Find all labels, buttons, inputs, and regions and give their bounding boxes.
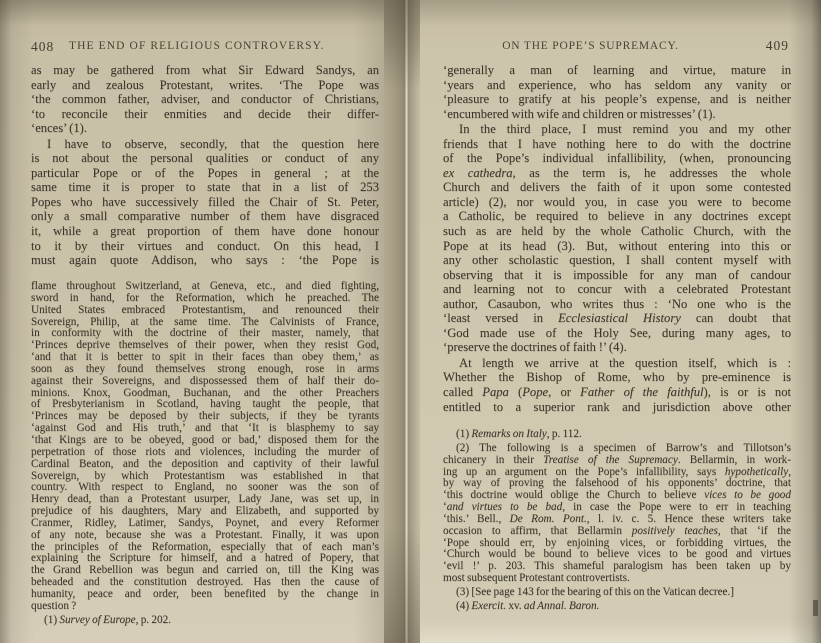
text-line: of any note, because she was a Protestan… bbox=[31, 530, 379, 542]
right-body-text: ‘generally a man of learning and virtue,… bbox=[443, 63, 791, 414]
page-gutter bbox=[384, 0, 420, 643]
scan-artifact bbox=[813, 600, 818, 616]
text-line: ‘encumbered with wife and children or mi… bbox=[443, 107, 791, 122]
text-paragraph: as may be gathered from what Sir Edward … bbox=[31, 63, 379, 136]
text-paragraph: I have to observe, secondly, that the qu… bbox=[31, 137, 379, 268]
text-line: ‘least versed in Ecclesiastical History … bbox=[443, 311, 791, 326]
text-paragraph: (1) Survey of Europe, p. 202. bbox=[31, 615, 379, 627]
text-line: called Papa (Pope, or Father of the fait… bbox=[443, 385, 791, 400]
running-header-right: ON THE POPE’S SUPREMACY. 409 bbox=[420, 38, 821, 54]
text-line: any other scholastic question, I shall c… bbox=[443, 253, 791, 268]
text-line: such as are held by the whole Catholic C… bbox=[443, 224, 791, 239]
text-line: In the third place, I must remind you an… bbox=[443, 122, 791, 137]
text-line: soon as they found themselves strong eno… bbox=[31, 364, 379, 376]
text-line: At length we arrive at the question itse… bbox=[443, 356, 791, 371]
text-line: is not about the personal qualities or c… bbox=[31, 151, 379, 166]
page-number-right: 409 bbox=[766, 38, 789, 54]
text-line: article) (2), nor would you, in case you… bbox=[443, 195, 791, 210]
text-paragraph: flame throughout Switzerland, at Geneva,… bbox=[31, 281, 379, 613]
right-footnote-text: (1) Remarks on Italy, p. 112.(2) The fol… bbox=[443, 429, 791, 613]
left-page: 408 THE END OF RELIGIOUS CONTROVERSY. as… bbox=[0, 0, 384, 643]
text-line: (1) Remarks on Italy, p. 112. bbox=[443, 429, 791, 441]
text-line: (1) Survey of Europe, p. 202. bbox=[31, 615, 379, 627]
text-line: perpetration of those riots and violence… bbox=[31, 447, 379, 459]
text-line: same time it is proper to state that in … bbox=[31, 180, 379, 195]
text-line: Church and delivers the faith of it upon… bbox=[443, 180, 791, 195]
text-line: (4) Exercit. xv. ad Annal. Baron. bbox=[443, 601, 791, 613]
text-line: and learning not to concur with a celebr… bbox=[443, 282, 791, 297]
text-line: humanity, peace and order, been benefite… bbox=[31, 589, 379, 601]
text-line: to it by their virtues and conduct. On t… bbox=[31, 239, 379, 254]
text-line: (3) [See page 143 for the bearing of thi… bbox=[443, 587, 791, 599]
text-paragraph: ‘generally a man of learning and virtue,… bbox=[443, 63, 791, 121]
text-line: ‘this.’ Bell., De Rom. Pont., l. iv. c. … bbox=[443, 514, 791, 526]
running-title-left: THE END OF RELIGIOUS CONTROVERSY. bbox=[69, 40, 325, 52]
running-header-left: 408 THE END OF RELIGIOUS CONTROVERSY. bbox=[0, 38, 384, 54]
text-line: ex cathedra, as the term is, he addresse… bbox=[443, 166, 791, 181]
text-line: early and zealous Protestant, writes. ‘T… bbox=[31, 78, 379, 93]
text-line: Whether the Bishop of Rome, who by pre-e… bbox=[443, 370, 791, 385]
text-line: particular Pope or of the Popes in gener… bbox=[31, 166, 379, 181]
text-line: as may be gathered from what Sir Edward … bbox=[31, 63, 379, 78]
text-line: entitled to a superior rank and jurisdic… bbox=[443, 400, 791, 415]
text-line: Cranmer, Ridley, Latimer, Sandys, Poynet… bbox=[31, 518, 379, 530]
text-line: ‘pleasure to gratify at his people’s exp… bbox=[443, 92, 791, 107]
text-line: friends that I have nothing here to do w… bbox=[443, 137, 791, 152]
text-line: ‘God made use of the Holy See, during ma… bbox=[443, 326, 791, 341]
running-title-right: ON THE POPE’S SUPREMACY. bbox=[420, 40, 761, 52]
text-line: a Catholic, be required to believe in an… bbox=[443, 209, 791, 224]
text-line: against their Sovereigns, and dispossess… bbox=[31, 376, 379, 388]
text-line: sword in hand, for the Reformation, whic… bbox=[31, 293, 379, 305]
left-footnote-text: flame throughout Switzerland, at Geneva,… bbox=[31, 281, 379, 626]
page-number-left: 408 bbox=[31, 39, 54, 55]
text-line: ‘ences’ (1). bbox=[31, 121, 379, 136]
text-line: ‘years and experience, who has seldom an… bbox=[443, 78, 791, 93]
text-paragraph: (3) [See page 143 for the bearing of thi… bbox=[443, 587, 791, 599]
text-paragraph: At length we arrive at the question itse… bbox=[443, 356, 791, 414]
text-line: author, Casaubon, who writes thus : ‘No … bbox=[443, 297, 791, 312]
text-line: United States embraced Protestantism, an… bbox=[31, 305, 379, 317]
text-line: Pope at its head (3). But, without enter… bbox=[443, 239, 791, 254]
text-line: ‘to reconcile their enmities and decide … bbox=[31, 107, 379, 122]
text-line: Popes who have successively filled the C… bbox=[31, 195, 379, 210]
text-line: observing that it is impossible for any … bbox=[443, 268, 791, 283]
right-page: ON THE POPE’S SUPREMACY. 409 ‘generally … bbox=[420, 0, 821, 643]
text-paragraph: (1) Remarks on Italy, p. 112. bbox=[443, 429, 791, 441]
text-paragraph: In the third place, I must remind you an… bbox=[443, 122, 791, 355]
text-line: it, while a great proportion of them hav… bbox=[31, 224, 379, 239]
text-line: occasion to affirm, that Bellarmin posit… bbox=[443, 526, 791, 538]
text-line: I have to observe, secondly, that the qu… bbox=[31, 137, 379, 152]
text-paragraph: (2) The following is a specimen of Barro… bbox=[443, 443, 791, 585]
text-line: only a small comparative number of them … bbox=[31, 209, 379, 224]
text-line: ‘the common father, adviser, and conduct… bbox=[31, 92, 379, 107]
text-line: of the Pope’s individual infallibility, … bbox=[443, 151, 791, 166]
text-line: most subsequent Protestant controvertist… bbox=[443, 573, 791, 585]
text-line: ‘preserve the doctrines of faith !’ (4). bbox=[443, 340, 791, 355]
left-body-text: as may be gathered from what Sir Edward … bbox=[31, 63, 379, 268]
text-line: must again quote Addison, who says : ‘th… bbox=[31, 253, 379, 268]
text-paragraph: (4) Exercit. xv. ad Annal. Baron. bbox=[443, 601, 791, 613]
text-line: Cardinal Beaton, and the deposition and … bbox=[31, 459, 379, 471]
text-line: question ? bbox=[31, 601, 379, 613]
book-spread: 408 THE END OF RELIGIOUS CONTROVERSY. as… bbox=[0, 0, 821, 643]
text-line: ‘generally a man of learning and virtue,… bbox=[443, 63, 791, 78]
